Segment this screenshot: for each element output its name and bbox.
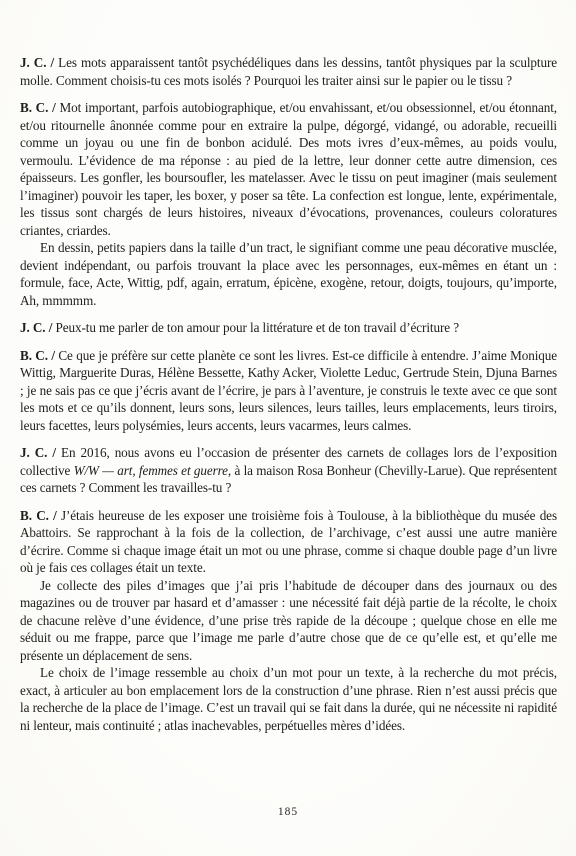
interview-text-block: J. C. / Les mots apparaissent tantôt psy… — [20, 54, 557, 744]
answer-3-paragraph-3: Le choix de l’image ressemble au choix d… — [20, 664, 557, 734]
question-2-paragraph: J. C. / Peux-tu me parler de ton amour p… — [20, 319, 557, 337]
question-2: J. C. / Peux-tu me parler de ton amour p… — [20, 319, 557, 337]
answer-3: B. C. / J’étais heureuse de les exposer … — [20, 507, 557, 735]
question-1: J. C. / Les mots apparaissent tantôt psy… — [20, 54, 557, 89]
speaker-label-bc: B. C. / — [20, 348, 55, 363]
answer-1-text-1: Mot important, parfois autobiographique,… — [20, 100, 557, 238]
book-page: J. C. / Les mots apparaissent tantôt psy… — [0, 0, 576, 856]
exhibition-title: W/W — art, femmes et guerre — [74, 463, 228, 478]
question-3: J. C. / En 2016, nous avons eu l’occasio… — [20, 444, 557, 497]
answer-1: B. C. / Mot important, parfois autobiogr… — [20, 99, 557, 309]
answer-2-text: Ce que je préfère sur cette planète ce s… — [20, 348, 557, 433]
answer-1-paragraph-1: B. C. / Mot important, parfois autobiogr… — [20, 99, 557, 239]
answer-1-paragraph-2: En dessin, petits papiers dans la taille… — [20, 239, 557, 309]
question-1-paragraph: J. C. / Les mots apparaissent tantôt psy… — [20, 54, 557, 89]
speaker-label-bc: B. C. / — [20, 100, 56, 115]
answer-3-paragraph-2: Je collecte des piles d’images que j’ai … — [20, 577, 557, 665]
question-2-text: Peux-tu me parler de ton amour pour la l… — [55, 320, 458, 335]
speaker-label-jc: J. C. / — [20, 55, 54, 70]
answer-2: B. C. / Ce que je préfère sur cette plan… — [20, 347, 557, 435]
answer-3-paragraph-1: B. C. / J’étais heureuse de les exposer … — [20, 507, 557, 577]
answer-3-text-1: J’étais heureuse de les exposer une troi… — [20, 508, 557, 576]
speaker-label-jc: J. C. / — [20, 320, 52, 335]
page-number: 185 — [0, 806, 576, 818]
answer-2-paragraph: B. C. / Ce que je préfère sur cette plan… — [20, 347, 557, 435]
speaker-label-jc: J. C. / — [20, 445, 56, 460]
speaker-label-bc: B. C. / — [20, 508, 57, 523]
question-3-paragraph: J. C. / En 2016, nous avons eu l’occasio… — [20, 444, 557, 497]
question-1-text: Les mots apparaissent tantôt psychédéliq… — [20, 55, 557, 88]
